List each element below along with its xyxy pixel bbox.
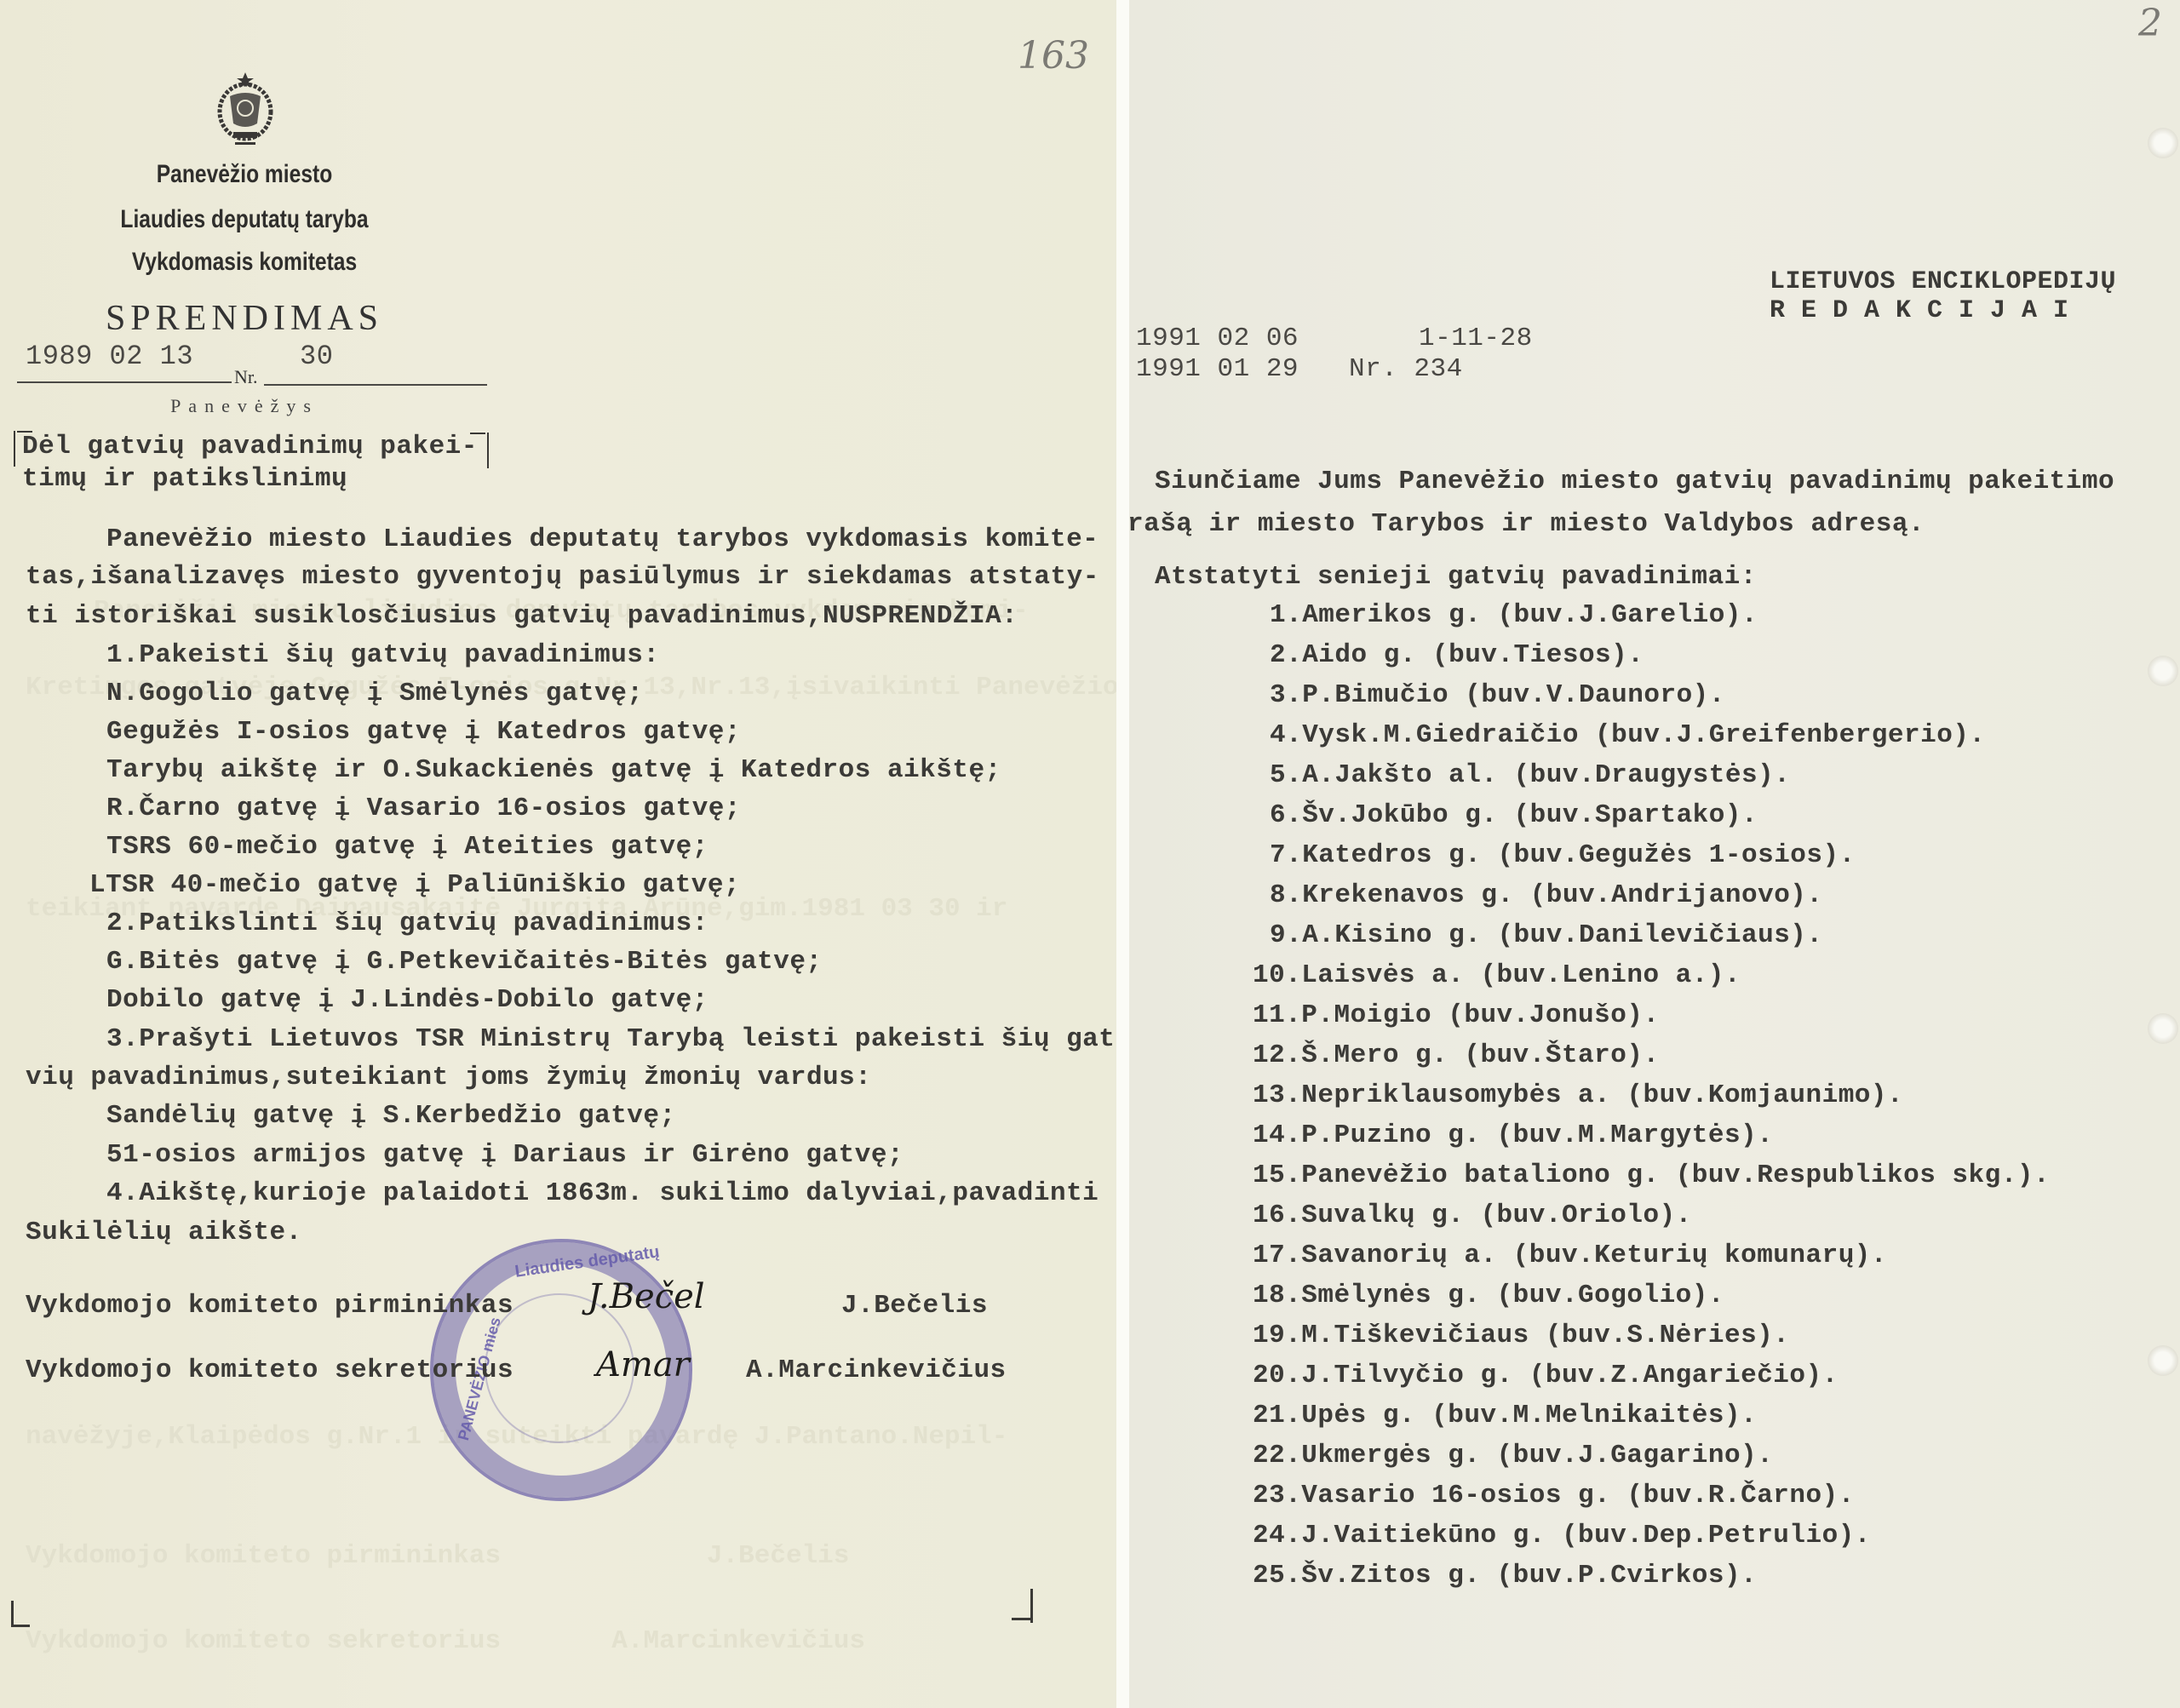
letterhead-line-1: Panevėžio miesto <box>70 160 419 189</box>
street-list-item: 14.P.Puzino g. (buv.M.Margytės). <box>1253 1121 1773 1150</box>
secretary-name: A.Marcinkevičius <box>746 1356 1007 1385</box>
lithuanian-ssr-coat-of-arms-icon <box>215 71 276 147</box>
street-list-item: 19.M.Tiškevičiaus (buv.S.Nėries). <box>1253 1321 1789 1350</box>
street-list-item: 25.Šv.Zitos g. (buv.P.Cvirkos). <box>1253 1561 1757 1591</box>
street-list-item: 24.J.Vaitiekūno g. (buv.Dep.Petrulio). <box>1253 1521 1871 1550</box>
street-list-item: 3.P.Bimučio (buv.V.Daunoro). <box>1270 680 1725 710</box>
chairman-role-label: Vykdomojo komiteto pirmininkas <box>26 1291 513 1321</box>
street-list-item: 2.Aido g. (buv.Tiesos). <box>1270 640 1644 670</box>
body-line: R.Čarno gatvę į Vasario 16-osios gatvę; <box>106 794 741 823</box>
body-line: 4.Aikštę,kurioje palaidoti 1863m. sukili… <box>106 1178 1099 1208</box>
chairman-name: J.Bečelis <box>841 1291 988 1321</box>
chairman-signature-scribble: J.Bečel <box>588 1277 705 1316</box>
punch-hole <box>2148 1345 2178 1376</box>
intro-line-1: Siunčiame Jums Panevėžio miesto gatvių p… <box>1155 467 2114 496</box>
number-label: Nr. <box>234 366 258 388</box>
addressee-line-1: LIETUVOS ENCIKLOPEDIJŲ <box>1770 267 2116 296</box>
subject-line-1: Dėl gatvių pavadinimų pakei- <box>22 432 478 461</box>
street-list-item: 10.Laisvės a. (buv.Lenino a.). <box>1253 960 1741 990</box>
letterhead-line-3: Vykdomasis komitetas <box>70 248 419 277</box>
registration-ref: 1-11-28 <box>1419 324 1533 353</box>
letter-date: 1991 01 29 <box>1136 354 1299 384</box>
decision-number: 30 <box>300 341 333 372</box>
street-list-item: 13.Nepriklausomybės a. (buv.Komjaunimo). <box>1253 1080 1903 1110</box>
handwritten-page-number: 163 <box>1018 34 1089 77</box>
body-line: LTSR 40-mečio gatvę į Paliūniškio gatvę; <box>89 870 740 900</box>
street-list-item: 16.Suvalkų g. (buv.Oriolo). <box>1253 1201 1692 1230</box>
body-line: 3.Prašyti Lietuvos TSR Ministrų Tarybą l… <box>106 1024 1116 1054</box>
body-line: vių pavadinimus,suteikiant joms žymių žm… <box>26 1063 871 1092</box>
street-list-item: 8.Krekenavos g. (buv.Andrijanovo). <box>1270 880 1823 910</box>
street-list-item: 20.J.Tilvyčio g. (buv.Z.Angariečio). <box>1253 1361 1839 1390</box>
place-of-issue: Panevėžys <box>32 395 457 417</box>
subject-bracket-right <box>487 433 489 468</box>
intro-line-2: rašą ir miesto Tarybos ir miesto Valdybo… <box>1129 509 1925 539</box>
street-list-item: 7.Katedros g. (buv.Gegužės 1-osios). <box>1270 840 1856 870</box>
street-list-item: 4.Vysk.M.Giedraičio (buv.J.Greifenberger… <box>1270 720 1986 750</box>
body-line: 1.Pakeisti šių gatvių pavadinimus: <box>106 640 660 670</box>
body-line: 51-osios armijos gatvę į Dariaus ir Girė… <box>106 1140 904 1170</box>
right-document-page: 2 LIETUVOS ENCIKLOPEDIJŲ R E D A K C I J… <box>1129 0 2180 1708</box>
secretary-role-label: Vykdomojo komiteto sekretorius <box>26 1356 513 1385</box>
document-type-title: SPRENDIMAS <box>32 298 457 339</box>
body-line: 2.Patikslinti šių gatvių pavadinimus: <box>106 908 708 938</box>
handwritten-page-number: 2 <box>2138 2 2162 45</box>
street-list-item: 1.Amerikos g. (buv.J.Garelio). <box>1270 600 1758 630</box>
letter-number: Nr. 234 <box>1349 354 1463 384</box>
bleed-through-text: Vykdomojo komiteto sekretorius A.Marcink… <box>26 1626 865 1656</box>
street-list-item: 5.A.Jakšto al. (buv.Draugystės). <box>1270 760 1790 790</box>
letterhead-line-2: Liaudies deputatų taryba <box>70 205 419 234</box>
corner-mark-left <box>11 1625 30 1627</box>
street-list-item: 9.A.Kisino g. (buv.Danilevičiaus). <box>1270 920 1823 950</box>
body-line: Dobilo gatvę į J.Lindės-Dobilo gatvę; <box>106 985 708 1015</box>
body-line: Tarybų aikštę ir O.Sukackienės gatvę į K… <box>106 755 1001 785</box>
page-divider <box>1116 0 1129 1708</box>
street-list-item: 11.P.Moigio (buv.Jonušo). <box>1253 1000 1660 1030</box>
street-list-item: 18.Smėlynės g. (buv.Gogolio). <box>1253 1281 1724 1310</box>
street-list-item: 17.Savanorių a. (buv.Keturių komunarų). <box>1253 1241 1887 1270</box>
left-document-page: Panevėžio miesto liaudies deputatų taryb… <box>0 0 1116 1708</box>
street-list-item: 22.Ukmergės g. (buv.J.Gagarino). <box>1253 1441 1773 1470</box>
body-line: G.Bitės gatvę į G.Petkevičaitės-Bitės ga… <box>106 947 823 977</box>
street-list-item: 21.Upės g. (buv.M.Melnikaitės). <box>1253 1401 1757 1430</box>
body-line: Sandėlių gatvę į S.Kerbedžio gatvę; <box>106 1101 676 1131</box>
body-line: TSRS 60-mečio gatvę į Ateities gatvę; <box>106 832 708 862</box>
stamp-outer-text: Liaudies deputatų <box>513 1242 661 1282</box>
body-line: N.Gogolio gatvę į Smėlynės gatvę; <box>106 679 643 708</box>
body-line: Sukilėlių aikšte. <box>26 1218 302 1247</box>
body-line: Panevėžio miesto Liaudies deputatų taryb… <box>106 524 1099 554</box>
date-underline <box>17 381 232 383</box>
street-list-item: 15.Panevėžio bataliono g. (buv.Respublik… <box>1253 1161 2050 1190</box>
body-line: ti istoriškai susiklosčiusius gatvių pav… <box>26 601 1018 631</box>
body-line: Gegužės I-osios gatvę į Katedros gatvę; <box>106 717 741 747</box>
punch-hole <box>2148 1013 2178 1044</box>
street-list-item: 12.Š.Mero g. (buv.Štaro). <box>1253 1040 1660 1070</box>
addressee-line-2: R E D A K C I J A I <box>1770 296 2069 325</box>
subject-bracket-left <box>14 431 15 467</box>
punch-hole <box>2148 128 2178 158</box>
date-received: 1991 02 06 <box>1136 324 1299 353</box>
street-list-item: 23.Vasario 16-osios g. (buv.R.Čarno). <box>1253 1481 1855 1510</box>
punch-hole <box>2148 656 2178 686</box>
list-heading: Atstatyti senieji gatvių pavadinimai: <box>1155 562 1757 592</box>
subject-line-2: timų ir patikslinimų <box>22 464 347 494</box>
corner-mark-right <box>1012 1618 1032 1620</box>
decision-date: 1989 02 13 <box>26 341 193 372</box>
number-underline <box>264 384 487 386</box>
secretary-signature-scribble: Amar <box>596 1345 690 1384</box>
street-list-item: 6.Šv.Jokūbo g. (buv.Spartako). <box>1270 800 1758 830</box>
body-line: tas,išanalizavęs miesto gyventojų pasiūl… <box>26 562 1099 592</box>
bleed-through-text: Vykdomojo komiteto pirmininkas J.Bečelis <box>26 1541 849 1571</box>
corner-mark-left <box>11 1601 14 1626</box>
